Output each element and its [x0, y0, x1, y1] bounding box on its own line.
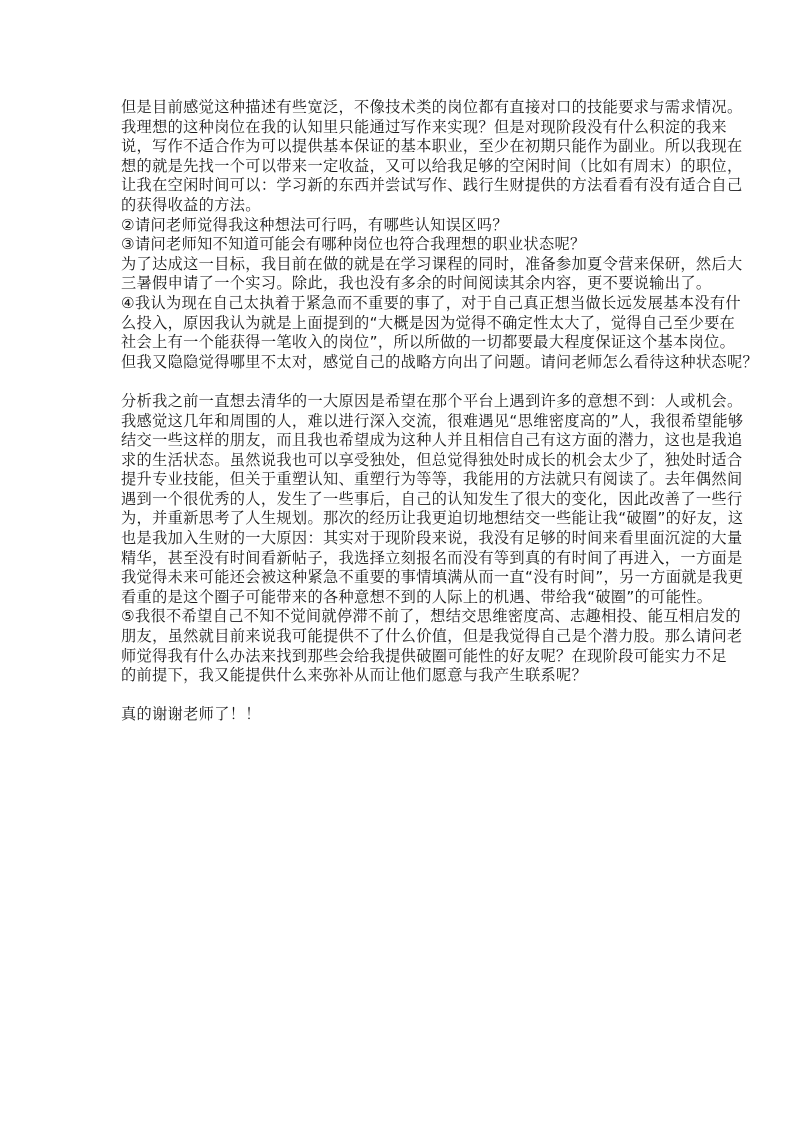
text-line: 师觉得我有什么办法来找到那些会给我提供破圈可能性的好友呢？在现阶段可能实力不足 [121, 647, 686, 667]
text-line: 提升专业技能，但关于重塑认知、重塑行为等等，我能用的方法就只有阅读了。去年偶然间 [121, 470, 686, 490]
paragraph-gap [121, 686, 686, 706]
text-line: 我觉得未来可能还会被这种紧急不重要的事情填满从而一直“没有时间”，另一方面就是我… [121, 568, 686, 588]
text-line: 我感觉这几年和周围的人，难以进行深入交流，很难遇见“思维密度高的”人，我很希望能… [121, 412, 686, 432]
document-page: 但是目前感觉这种描述有些宽泛，不像技术类的岗位都有直接对口的技能要求与需求情况。… [121, 98, 686, 725]
text-line: 社会上有一个能获得一笔收入的岗位”，所以所做的一切都要最大程度保证这个基本岗位。 [121, 333, 686, 353]
text-line: 想的就是先找一个可以带来一定收益，又可以给我足够的空闲时间（比如有周末）的职位， [121, 157, 686, 177]
text-line: 为，并重新思考了人生规划。那次的经历让我更迫切地想结交一些能让我“破圈”的好友，… [121, 509, 686, 529]
text-line: 遇到一个很优秀的人，发生了一些事后，自己的认知发生了很大的变化，因此改善了一些行 [121, 490, 686, 510]
text-line: 结交一些这样的朋友，而且我也希望成为这种人并且相信自己有这方面的潜力，这也是我追 [121, 431, 686, 451]
text-line: 分析我之前一直想去清华的一大原因是希望在那个平台上遇到许多的意想不到：人或机会。 [121, 392, 686, 412]
text-line: 我理想的这种岗位在我的认知里只能通过写作来实现？但是对现阶段没有什么积淀的我来 [121, 118, 686, 138]
text-line: 也是我加入生财的一大原因：其实对于现阶段来说，我没有足够的时间来看里面沉淀的大量 [121, 529, 686, 549]
text-line: 为了达成这一目标，我目前在做的就是在学习课程的同时，准备参加夏令营来保研，然后大 [121, 255, 686, 275]
text-line: 朋友，虽然就目前来说我可能提供不了什么价值，但是我觉得自己是个潜力股。那么请问老 [121, 627, 686, 647]
text-line: 的获得收益的方法。 [121, 196, 686, 216]
text-line: 精华，甚至没有时间看新帖子，我选择立刻报名而没有等到真的有时间了再进入，一方面是 [121, 549, 686, 569]
text-line: 但我又隐隐觉得哪里不太对，感觉自己的战略方向出了问题。请问老师怎么看待这种状态呢… [121, 353, 686, 373]
text-line: 说，写作不适合作为可以提供基本保证的基本职业，至少在初期只能作为副业。所以我现在 [121, 137, 686, 157]
text-line: 三暑假申请了一个实习。除此，我也没有多余的时间阅读其余内容，更不要说输出了。 [121, 274, 686, 294]
text-line: 让我在空闲时间可以：学习新的东西并尝试写作、践行生财提供的方法看看有没有适合自己 [121, 176, 686, 196]
section-career-questions: 但是目前感觉这种描述有些宽泛，不像技术类的岗位都有直接对口的技能要求与需求情况。… [121, 98, 686, 372]
text-line: 的前提下，我又能提供什么来弥补从而让他们愿意与我产生联系呢？ [121, 666, 686, 686]
text-line: 但是目前感觉这种描述有些宽泛，不像技术类的岗位都有直接对口的技能要求与需求情况。 [121, 98, 686, 118]
section-social-questions: 分析我之前一直想去清华的一大原因是希望在那个平台上遇到许多的意想不到：人或机会。… [121, 392, 686, 686]
text-line: 看重的是这个圈子可能带来的各种意想不到的人际上的机遇、带给我“破圈”的可能性。 [121, 588, 686, 608]
paragraph-gap [121, 372, 686, 392]
text-line: 么投入，原因我认为就是上面提到的“大概是因为觉得不确定性太大了，觉得自己至少要在 [121, 314, 686, 334]
text-line: 求的生活状态。虽然说我也可以享受独处，但总觉得独处时成长的机会太少了，独处时适合 [121, 451, 686, 471]
question-2: ②请问老师觉得我这种想法可行吗，有哪些认知误区吗？ [121, 216, 686, 236]
question-3: ③请问老师知不知道可能会有哪种岗位也符合我理想的职业状态呢？ [121, 235, 686, 255]
question-4: ④我认为现在自己太执着于紧急而不重要的事了，对于自己真正想当做长远发展基本没有什 [121, 294, 686, 314]
closing-thanks: 真的谢谢老师了！！ [121, 705, 686, 725]
question-5: ⑤我很不希望自己不知不觉间就停滞不前了，想结交思维密度高、志趣相投、能互相启发的 [121, 607, 686, 627]
